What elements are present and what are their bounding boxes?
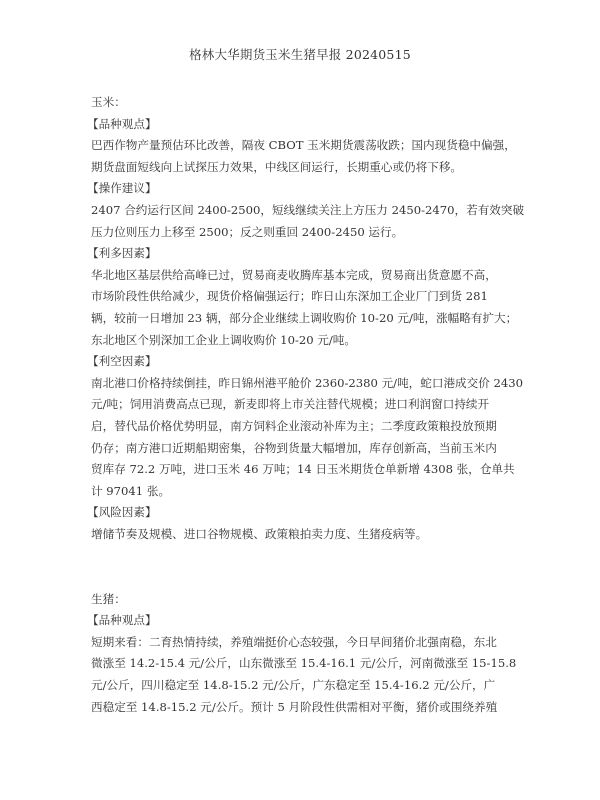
paragraph-line: 贸库存 72.2 万吨，进口玉米 46 万吨；14 日玉米期货仓单新增 4308…: [91, 459, 531, 481]
paragraph-line: 南北港口价格持续倒挂，昨日锦州港平舱价 2360-2380 元/吨，蛇口港成交价…: [91, 373, 531, 395]
paragraph-line: 增储节奏及规模、进口谷物规模、政策粮拍卖力度、生猪疫病等。: [91, 524, 531, 546]
heading-bullish-factors: 【利多因素】: [87, 243, 531, 265]
paragraph-line: 东北地区个别深加工企业上调收购价 10-20 元/吨。: [91, 330, 531, 352]
section-hog: 生猪： 【品种观点】 短期来看：二育热情持续，养殖端挺价心态较强，今日早间猪价北…: [91, 589, 531, 719]
heading-variety-view: 【品种观点】: [87, 114, 531, 136]
paragraph-line: 元/吨；饲用消费高点已现，新麦即将上市关注替代规模；进口利润窗口持续开: [91, 394, 531, 416]
paragraph-line: 市场阶段性供给减少，现货价格偏强运行；昨日山东深加工企业厂门到货 281: [91, 286, 531, 308]
block-bullish-factors: 【利多因素】 华北地区基层供给高峰已过，贸易商麦收腾库基本完成，贸易商出货意愿不…: [91, 243, 531, 351]
heading-operation-advice: 【操作建议】: [87, 178, 531, 200]
paragraph-line: 压力位则压力上移至 2500；反之则重回 2400-2450 运行。: [91, 222, 531, 244]
section-spacer: [91, 545, 531, 588]
paragraph-line: 2407 合约运行区间 2400-2500，短线继续关注上方压力 2450-24…: [91, 200, 531, 222]
section-title-corn: 玉米：: [91, 92, 531, 114]
block-variety-view: 【品种观点】 巴西作物产量预估环比改善，隔夜 CBOT 玉米期货震荡收跌；国内现…: [91, 114, 531, 179]
paragraph-line: 元/公斤，四川稳定至 14.8-15.2 元/公斤，广东稳定至 15.4-16.…: [91, 675, 531, 697]
paragraph-line: 西稳定至 14.8-15.2 元/公斤。预计 5 月阶段性供需相对平衡，猪价或围…: [91, 697, 531, 719]
paragraph-line: 计 97041 张。: [91, 481, 531, 503]
paragraph-line: 微涨至 14.2-15.4 元/公斤，山东微涨至 15.4-16.1 元/公斤，…: [91, 653, 531, 675]
block-hog-variety-view: 【品种观点】 短期来看：二育热情持续，养殖端挺价心态较强，今日早间猪价北强南稳，…: [91, 610, 531, 718]
heading-bearish-factors: 【利空因素】: [87, 351, 531, 373]
section-corn: 玉米： 【品种观点】 巴西作物产量预估环比改善，隔夜 CBOT 玉米期货震荡收跌…: [91, 92, 531, 545]
block-bearish-factors: 【利空因素】 南北港口价格持续倒挂，昨日锦州港平舱价 2360-2380 元/吨…: [91, 351, 531, 502]
heading-hog-variety-view: 【品种观点】: [87, 610, 531, 632]
paragraph-line: 短期来看：二育热情持续，养殖端挺价心态较强，今日早间猪价北强南稳，东北: [91, 632, 531, 654]
report-title: 格林大华期货玉米生猪早报 20240515: [0, 45, 600, 63]
section-title-hog: 生猪：: [91, 589, 531, 611]
paragraph-line: 辆，较前一日增加 23 辆，部分企业继续上调收购价 10-20 元/吨，涨幅略有…: [91, 308, 531, 330]
report-body: 玉米： 【品种观点】 巴西作物产量预估环比改善，隔夜 CBOT 玉米期货震荡收跌…: [91, 92, 531, 718]
block-operation-advice: 【操作建议】 2407 合约运行区间 2400-2500，短线继续关注上方压力 …: [91, 178, 531, 243]
document-page: 格林大华期货玉米生猪早报 20240515 玉米： 【品种观点】 巴西作物产量预…: [0, 0, 600, 800]
paragraph-line: 期货盘面短线向上试探压力效果，中线区间运行，长期重心或仍将下移。: [91, 157, 531, 179]
paragraph-line: 巴西作物产量预估环比改善，隔夜 CBOT 玉米期货震荡收跌；国内现货稳中偏强，: [91, 135, 531, 157]
paragraph-line: 华北地区基层供给高峰已过，贸易商麦收腾库基本完成，贸易商出货意愿不高，: [91, 265, 531, 287]
paragraph-line: 启，替代品价格优势明显，南方饲料企业滚动补库为主；二季度政策粮投放预期: [91, 416, 531, 438]
block-risk-factors: 【风险因素】 增储节奏及规模、进口谷物规模、政策粮拍卖力度、生猪疫病等。: [91, 502, 531, 545]
heading-risk-factors: 【风险因素】: [87, 502, 531, 524]
paragraph-line: 仍存；南方港口近期船期密集，谷物到货量大幅增加，库存创新高，当前玉米内: [91, 438, 531, 460]
